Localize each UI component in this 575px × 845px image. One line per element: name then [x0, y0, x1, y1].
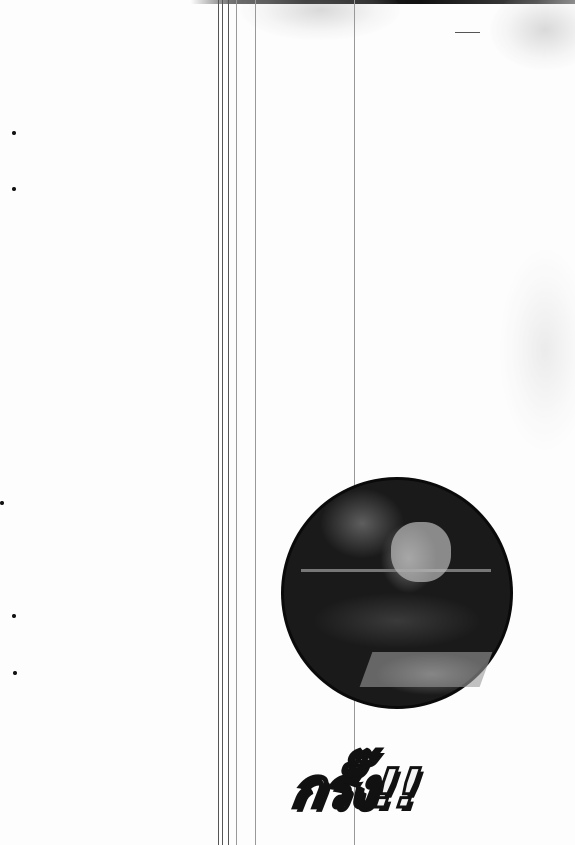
- scan-mark: [455, 32, 480, 33]
- sound-effect-logo: กรั๊ง!!: [292, 735, 477, 825]
- panel-border-line: [255, 0, 256, 845]
- circular-photo-illustration: [281, 477, 513, 709]
- panel-gutter-line: [228, 0, 229, 845]
- binding-hole-mark: [12, 187, 16, 191]
- seated-person: [391, 522, 451, 582]
- binding-hole-mark: [0, 501, 4, 505]
- binding-hole-mark: [13, 671, 17, 675]
- binding-hole-mark: [12, 131, 16, 135]
- scan-smudge: [240, 0, 400, 40]
- binding-hole-mark: [12, 614, 16, 618]
- sound-effect-text: กรั๊ง!!: [286, 745, 425, 831]
- panel-border-line: [354, 0, 355, 845]
- ground-mat: [360, 652, 493, 687]
- scan-smudge: [500, 250, 575, 450]
- panel-gutter-line: [236, 0, 237, 845]
- scan-smudge: [490, 0, 575, 70]
- panel-gutter-line: [222, 0, 223, 845]
- panel-gutter-line: [218, 0, 219, 845]
